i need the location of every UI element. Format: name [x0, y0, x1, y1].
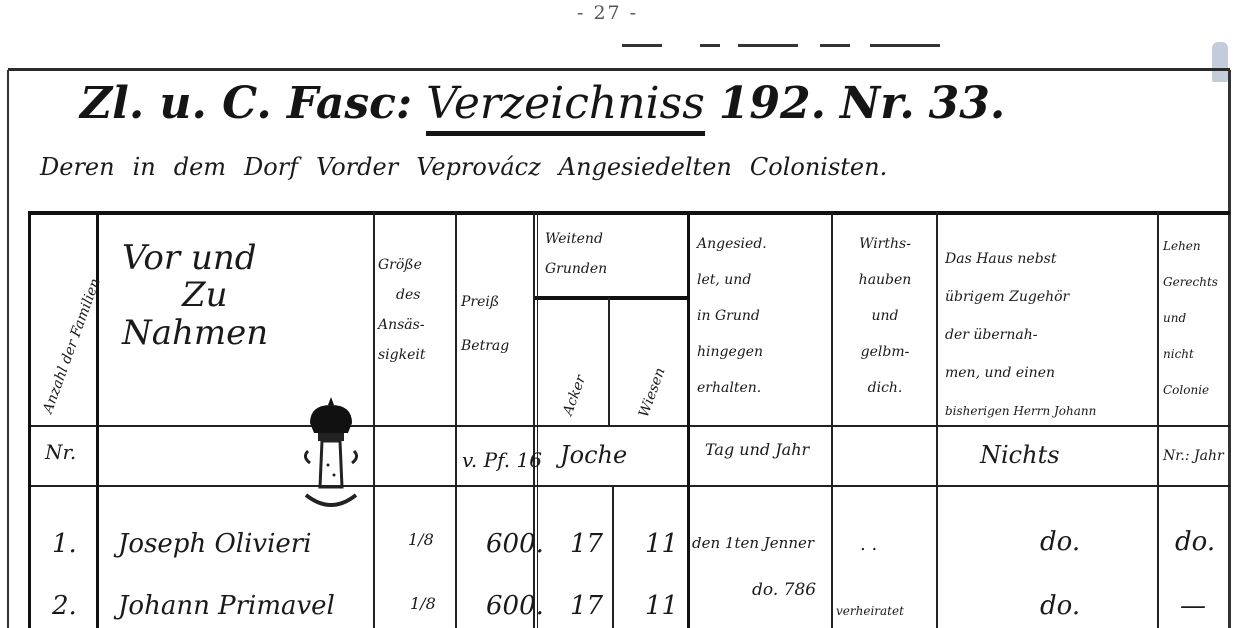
- header-house: Das Haus nebst übrigem Zugehör der übern…: [945, 240, 1096, 430]
- units-price: v. Pf. 16: [462, 448, 542, 473]
- header-name: Vor und Zu Nahmen: [122, 240, 268, 352]
- units-house: Nichts: [980, 440, 1060, 470]
- header-house-line: men, und einen: [945, 354, 1096, 392]
- outer-right-border: [1228, 70, 1231, 628]
- row-unmarried: verheiratet: [836, 604, 904, 619]
- header-received-line: erhalten.: [697, 370, 767, 406]
- header-unmarried-line: dich.: [840, 370, 930, 406]
- col-divider: [1157, 212, 1159, 628]
- header-received-line: hingegen: [697, 334, 767, 370]
- subtitle-word: Dorf: [244, 153, 298, 181]
- header-remarks-line: nicht: [1163, 336, 1218, 372]
- col-divider: [687, 212, 690, 628]
- header-wiesen: Wiesen: [636, 366, 669, 420]
- row-price: 600.: [486, 528, 544, 561]
- col-divider: [533, 212, 535, 628]
- document-title: Zl. u. C. Fasc:Verzeichniss192.Nr.33.: [80, 78, 1005, 129]
- corner-smudge: [1212, 42, 1228, 82]
- row-remarks: do.: [1175, 526, 1215, 559]
- header-name-line: Vor und: [122, 240, 268, 277]
- row-number: 2.: [52, 590, 77, 623]
- header-acker: Acker: [560, 373, 589, 417]
- header-name-line: Zu: [122, 277, 268, 314]
- header-house-line: übrigem Zugehör: [945, 278, 1096, 316]
- header-house-line: der übernah-: [945, 316, 1096, 354]
- subtitle-word: in: [133, 153, 156, 181]
- row-number: 1.: [52, 528, 77, 561]
- outer-left-border: [7, 70, 9, 628]
- header-name-line: Nahmen: [122, 315, 268, 352]
- header-number: Anzahl der Familien: [40, 276, 104, 415]
- row-house: do.: [1040, 590, 1080, 623]
- subtitle-word: Vorder: [316, 153, 398, 181]
- header-remarks: Lehen Gerechts und nicht Colonie: [1163, 228, 1218, 408]
- header-house-line: bisherigen Herrn Johann: [945, 392, 1096, 430]
- row-price: 600.: [486, 590, 544, 623]
- header-group-line: Weitend: [545, 224, 607, 254]
- units-group: Joche: [560, 440, 627, 470]
- table-top-line: [28, 211, 1230, 215]
- col-divider: [831, 212, 833, 628]
- row-acker: 17: [570, 528, 603, 561]
- header-unmarried-line: gelbm-: [840, 334, 930, 370]
- header-size-line: sigkeit: [378, 340, 426, 370]
- header-remarks-line: Gerechts: [1163, 264, 1218, 300]
- col-divider: [936, 212, 938, 628]
- scan-artifact: [622, 44, 662, 47]
- sub-col-divider: [612, 487, 614, 628]
- header-received: Angesied. let, und in Grund hingegen erh…: [697, 226, 767, 406]
- row-size: 1/8: [410, 594, 436, 614]
- row-house: do.: [1040, 526, 1080, 559]
- header-group: Weitend Grunden: [545, 224, 607, 284]
- subtitle-word: Deren: [40, 153, 115, 181]
- header-size: Größe des Ansäs- sigkeit: [378, 250, 426, 370]
- row-wiesen: 11: [645, 590, 678, 623]
- header-remarks-line: Lehen: [1163, 228, 1218, 264]
- scan-artifact: [870, 44, 940, 47]
- col-divider: [373, 212, 375, 628]
- subtitle-word: dem: [174, 153, 226, 181]
- header-house-line: Das Haus nebst: [945, 240, 1096, 278]
- scan-artifact: [820, 44, 850, 47]
- col-divider: [96, 212, 99, 628]
- units-received: Tag und Jahr: [705, 440, 809, 460]
- row-name: Joseph Olivieri: [118, 528, 312, 561]
- col-divider-double: [537, 212, 538, 628]
- header-size-line: Ansäs-: [378, 310, 426, 340]
- row-acker: 17: [570, 590, 603, 623]
- header-unmarried-line: Wirths-: [840, 226, 930, 262]
- header-unmarried-line: und: [840, 298, 930, 334]
- row-name: Johann Primavel: [118, 590, 335, 623]
- title-prefix: Zl. u. C. Fasc:: [80, 78, 412, 129]
- col-divider: [455, 212, 457, 628]
- row-unmarried: . .: [860, 534, 877, 557]
- page-number: - 27 -: [577, 2, 638, 24]
- subtitle-word: Veprovácz: [416, 153, 541, 181]
- header-price: Preiß Betrag: [461, 280, 509, 368]
- crown-stamp-icon: [298, 395, 364, 513]
- title-number: 192.: [719, 78, 826, 129]
- header-received-line: let, und: [697, 262, 767, 298]
- units-bottom-line: [28, 485, 1230, 487]
- units-number: Nr.: [45, 440, 76, 465]
- row-received: den 1ten Jenner: [692, 534, 814, 553]
- top-border: [8, 68, 1230, 71]
- row-remarks: —: [1180, 590, 1206, 623]
- header-unmarried: Wirths- hauben und gelbm- dich.: [840, 226, 930, 406]
- header-remarks-line: und: [1163, 300, 1218, 336]
- subtitle-word: Angesiedelten: [559, 153, 732, 181]
- subtitle-word: Colonisten.: [750, 153, 887, 181]
- header-size-line: Größe: [378, 250, 426, 280]
- scan-artifact: [700, 44, 720, 47]
- table-left-line: [28, 212, 31, 628]
- header-unmarried-line: hauben: [840, 262, 930, 298]
- header-received-line: Angesied.: [697, 226, 767, 262]
- scan-artifact: [738, 44, 798, 47]
- title-nr-label: Nr.: [840, 78, 915, 129]
- header-group-line: Grunden: [545, 254, 607, 284]
- header-received-line: in Grund: [697, 298, 767, 334]
- units-remarks: Nr.: Jahr: [1163, 448, 1224, 466]
- header-price-line: Preiß: [461, 280, 509, 324]
- group-subheader-line: [535, 296, 687, 300]
- header-size-line: des: [378, 280, 426, 310]
- title-nr-value: 33.: [929, 78, 1006, 129]
- title-word: Verzeichniss: [426, 78, 705, 136]
- row-received: do. 786: [752, 580, 816, 601]
- row-size: 1/8: [408, 530, 434, 550]
- row-wiesen: 11: [645, 528, 678, 561]
- sub-col-divider: [608, 298, 610, 426]
- header-price-line: Betrag: [461, 324, 509, 368]
- document-subtitle: DerenindemDorfVorderVeprováczAngesiedelt…: [40, 153, 905, 181]
- header-remarks-line: Colonie: [1163, 372, 1218, 408]
